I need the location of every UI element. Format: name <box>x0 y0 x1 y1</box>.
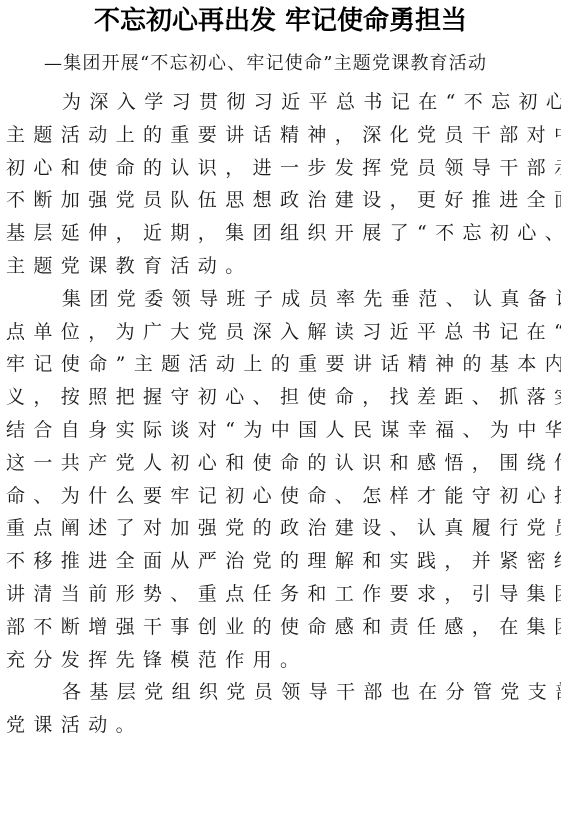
paragraph-line: 重点阐述了对加强党的政治建设、认真履行党员职责、坚定 <box>6 512 558 545</box>
paragraph-line: 结合自身实际谈对“为中国人民谋幸福、为中华民族谋复兴” <box>6 414 558 447</box>
paragraph-line: 主题党课教育活动。 <box>6 250 558 283</box>
paragraph-3: 各基层党组织党员领导干部也在分管党支部开展了讲 党课活动。 <box>6 676 558 742</box>
article-subtitle: —集团开展“不忘初心、牢记使命”主题党课教育活动 <box>44 50 559 78</box>
paragraph-line: 讲清当前形势、重点任务和工作要求，引导集团广大党员干 <box>6 578 558 611</box>
paragraph-line: 点单位，为广大党员深入解读习近平总书记在“不忘初心、 <box>6 316 558 349</box>
paragraph-line: 充分发挥先锋模范作用。 <box>6 644 558 677</box>
paragraph-line: 这一共产党人初心和使命的认识和感悟，围绕什么是初心使 <box>6 447 558 480</box>
document-page: 不忘初心再出发 牢记使命勇担当 —集团开展“不忘初心、牢记使命”主题党课教育活动… <box>0 0 561 830</box>
paragraph-line: 初心和使命的认识，进一步发挥党员领导干部示范带头作用 <box>6 152 558 185</box>
paragraph-line: 为深入学习贯彻习近平总书记在“不忘初心、牢记使命” <box>6 86 558 119</box>
paragraph-2: 集团党委领导班子成员率先垂范、认真备课，分赴联系 点单位，为广大党员深入解读习近… <box>6 283 558 677</box>
article-body: 为深入学习贯彻习近平总书记在“不忘初心、牢记使命” 主题活动上的重要讲话精神，深… <box>6 86 558 742</box>
paragraph-line: 各基层党组织党员领导干部也在分管党支部开展了讲 <box>6 676 558 709</box>
paragraph-line: 不断加强党员队伍思想政治建设，更好推进全面从严治党向 <box>6 184 558 217</box>
paragraph-1: 为深入学习贯彻习近平总书记在“不忘初心、牢记使命” 主题活动上的重要讲话精神，深… <box>6 86 558 283</box>
paragraph-line: 命、为什么要牢记初心使命、怎样才能守初心担使命等方面， <box>6 480 558 513</box>
paragraph-line: 不移推进全面从严治党的理解和实践，并紧密结合集团实际 <box>6 545 558 578</box>
paragraph-line: 基层延伸，近期，集团组织开展了“不忘初心、牢记使命” <box>6 217 558 250</box>
paragraph-line: 党课活动。 <box>6 709 558 742</box>
paragraph-line: 义，按照把握守初心、担使命，找差距、抓落实的总要求， <box>6 381 558 414</box>
paragraph-line: 部不断增强干事创业的使命感和责任感，在集团改革发展中 <box>6 611 558 644</box>
paragraph-line: 牢记使命”主题活动上的重要讲话精神的基本内涵和核心要 <box>6 348 558 381</box>
paragraph-line: 集团党委领导班子成员率先垂范、认真备课，分赴联系 <box>6 283 558 316</box>
article-title: 不忘初心再出发 牢记使命勇担当 <box>0 4 561 38</box>
paragraph-line: 主题活动上的重要讲话精神，深化党员干部对中国共产党人 <box>6 119 558 152</box>
